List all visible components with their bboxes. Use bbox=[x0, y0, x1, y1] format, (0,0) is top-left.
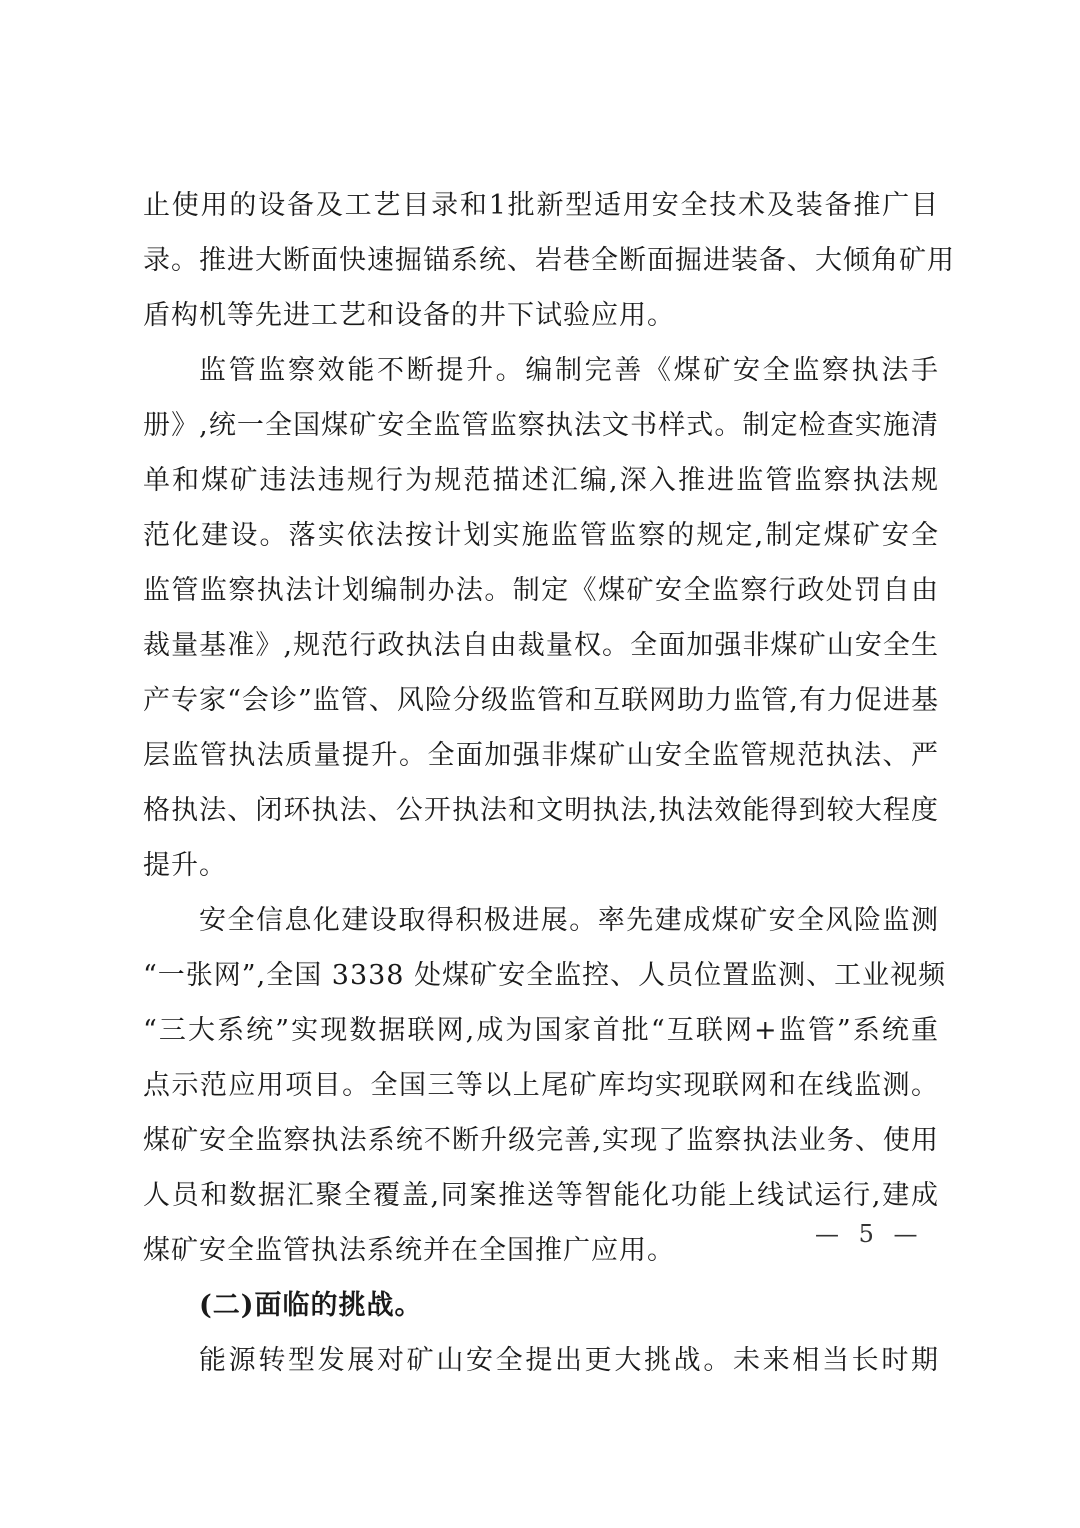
text-line: “三大系统”实现数据联网,成为国家首批“互联网+监管”系统重 bbox=[143, 1003, 939, 1058]
text-line: 范化建设。落实依法按计划实施监管监察的规定,制定煤矿安全 bbox=[143, 508, 939, 563]
text-line: 能源转型发展对矿山安全提出更大挑战。未来相当长时期 bbox=[143, 1333, 939, 1388]
text-line: 录。推进大断面快速掘锚系统、岩巷全断面掘进装备、大倾角矿用 bbox=[143, 233, 939, 288]
text-line: 点示范应用项目。全国三等以上尾矿库均实现联网和在线监测。 bbox=[143, 1058, 939, 1113]
text-line: 煤矿安全监察执法系统不断升级完善,实现了监察执法业务、使用 bbox=[143, 1113, 939, 1168]
document-page: 止使用的设备及工艺目录和1批新型适用安全技术及装备推广目 录。推进大断面快速掘锚… bbox=[143, 178, 939, 1388]
text-line: 人员和数据汇聚全覆盖,同案推送等智能化功能上线试运行,建成 bbox=[143, 1168, 939, 1223]
section-heading: (二)面临的挑战。 bbox=[143, 1278, 939, 1333]
text-line: 裁量基准》,规范行政执法自由裁量权。全面加强非煤矿山安全生 bbox=[143, 618, 939, 673]
paragraph-supervision-efficiency: 监管监察效能不断提升。编制完善《煤矿安全监察执法手 册》,统一全国煤矿安全监管监… bbox=[143, 343, 939, 893]
paragraph-continued: 止使用的设备及工艺目录和1批新型适用安全技术及装备推广目 录。推进大断面快速掘锚… bbox=[143, 178, 939, 343]
paragraph-challenges: 能源转型发展对矿山安全提出更大挑战。未来相当长时期 bbox=[143, 1333, 939, 1388]
text-line: 册》,统一全国煤矿安全监管监察执法文书样式。制定检查实施清 bbox=[143, 398, 939, 453]
text-line: 止使用的设备及工艺目录和1批新型适用安全技术及装备推广目 bbox=[143, 178, 939, 233]
page-number: — 5 — bbox=[815, 1220, 924, 1248]
text-line: 产专家“会诊”监管、风险分级监管和互联网助力监管,有力促进基 bbox=[143, 673, 939, 728]
text-line: 监管监察效能不断提升。编制完善《煤矿安全监察执法手 bbox=[143, 343, 939, 398]
text-line: 监管监察执法计划编制办法。制定《煤矿安全监察行政处罚自由 bbox=[143, 563, 939, 618]
text-line: “一张网”,全国 3338 处煤矿安全监控、人员位置监测、工业视频 bbox=[143, 948, 939, 1003]
text-line: 单和煤矿违法违规行为规范描述汇编,深入推进监管监察执法规 bbox=[143, 453, 939, 508]
text-line: 盾构机等先进工艺和设备的井下试验应用。 bbox=[143, 288, 939, 343]
text-line: 提升。 bbox=[143, 838, 939, 893]
text-line: 层监管执法质量提升。全面加强非煤矿山安全监管规范执法、严 bbox=[143, 728, 939, 783]
text-line: 格执法、闭环执法、公开执法和文明执法,执法效能得到较大程度 bbox=[143, 783, 939, 838]
text-line: 安全信息化建设取得积极进展。率先建成煤矿安全风险监测 bbox=[143, 893, 939, 948]
